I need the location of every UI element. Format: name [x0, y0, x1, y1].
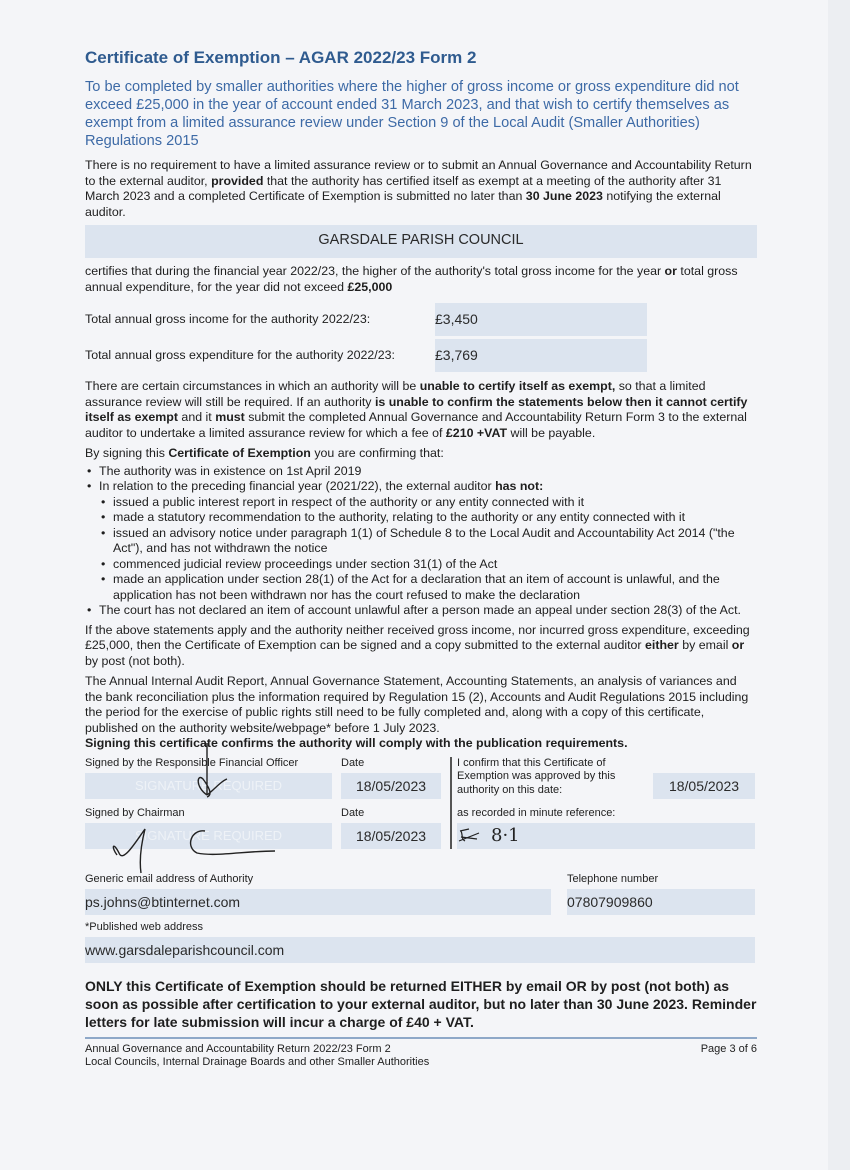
section-divider: [450, 757, 452, 849]
phone-value: 07807909860: [567, 894, 653, 910]
footer-line-2: Local Councils, Internal Drainage Boards…: [85, 1056, 429, 1069]
requirement-paragraph: There is no requirement to have a limite…: [85, 158, 757, 220]
circumstances-paragraph: There are certain circumstances in which…: [85, 379, 757, 441]
condition-court: The court has not declared an item of ac…: [85, 603, 757, 619]
income-label: Total annual gross income for the author…: [85, 312, 435, 326]
email-label: Generic email address of Authority: [85, 873, 253, 885]
web-value: www.garsdaleparishcouncil.com: [85, 942, 284, 958]
expenditure-row: Total annual gross expenditure for the a…: [85, 337, 757, 373]
page-number: Page 3 of 6: [701, 1043, 757, 1069]
phone-label: Telephone number: [567, 873, 658, 885]
expenditure-label: Total annual gross expenditure for the a…: [85, 348, 435, 362]
approval-date-field[interactable]: 18/05/2023: [653, 773, 755, 799]
certifies-paragraph: certifies that during the financial year…: [85, 264, 757, 295]
chair-date-label: Date: [341, 807, 364, 819]
minute-value: 8·1: [491, 825, 520, 846]
publication-paragraph: The Annual Internal Audit Report, Annual…: [85, 674, 757, 752]
page-title: Certificate of Exemption – AGAR 2022/23 …: [85, 48, 757, 68]
web-label: *Published web address: [85, 921, 203, 933]
rfo-signature-field[interactable]: SIGNATURE REQUIRED: [85, 773, 332, 799]
chairman-label: Signed by Chairman: [85, 807, 185, 819]
certificate-page: Certificate of Exemption – AGAR 2022/23 …: [85, 45, 757, 1069]
web-address-row: *Published web address www.garsdaleparis…: [85, 921, 757, 969]
list-item: commenced judicial review proceedings un…: [85, 557, 757, 573]
confirm-label: I confirm that this Certificate of Exemp…: [457, 757, 647, 798]
rfo-date-label: Date: [341, 757, 364, 769]
list-item: made a statutory recommendation to the a…: [85, 510, 757, 526]
email-field[interactable]: ps.johns@btinternet.com: [85, 889, 551, 915]
condition-auditor: In relation to the preceding financial y…: [85, 479, 757, 495]
intro-text: To be completed by smaller authorities w…: [85, 78, 757, 150]
submission-paragraph: If the above statements apply and the au…: [85, 623, 757, 670]
court-condition-list: The court has not declared an item of ac…: [85, 603, 757, 619]
rfo-label: Signed by the Responsible Financial Offi…: [85, 757, 298, 769]
footer-line-1: Annual Governance and Accountability Ret…: [85, 1043, 429, 1056]
expenditure-field[interactable]: £3,769: [435, 339, 647, 372]
signing-intro: By signing this Certificate of Exemption…: [85, 446, 757, 462]
rfo-date-field[interactable]: 18/05/2023: [341, 773, 441, 799]
authority-name-field[interactable]: GARSDALE PARISH COUNCIL: [85, 225, 757, 258]
page-footer: Annual Governance and Accountability Ret…: [85, 1043, 757, 1069]
scan-edge: [828, 0, 850, 1170]
conditions-list: The authority was in existence on 1st Ap…: [85, 464, 757, 495]
minute-reference-field[interactable]: 8·1: [457, 823, 755, 849]
email-value: ps.johns@btinternet.com: [85, 894, 240, 910]
web-address-field[interactable]: www.garsdaleparishcouncil.com: [85, 937, 755, 963]
chair-date-field[interactable]: 18/05/2023: [341, 823, 441, 849]
list-item: issued an advisory notice under paragrap…: [85, 526, 757, 557]
chairman-signature-field[interactable]: SIGNATURE REQUIRED: [85, 823, 332, 849]
list-item: issued a public interest report in respe…: [85, 495, 757, 511]
condition-existence: The authority was in existence on 1st Ap…: [85, 464, 757, 480]
income-field[interactable]: £3,450: [435, 303, 647, 336]
signature-section: Signed by the Responsible Financial Offi…: [85, 755, 757, 873]
phone-field[interactable]: 07807909860: [567, 889, 755, 915]
auditor-conditions-list: issued a public interest report in respe…: [85, 495, 757, 604]
footer-rule: [85, 1037, 757, 1039]
minute-label: as recorded in minute reference:: [457, 807, 615, 819]
income-row: Total annual gross income for the author…: [85, 301, 757, 337]
list-item: made an application under section 28(1) …: [85, 572, 757, 603]
closing-notice: ONLY this Certificate of Exemption shoul…: [85, 977, 757, 1031]
email-phone-row: Generic email address of Authority Telep…: [85, 873, 757, 921]
